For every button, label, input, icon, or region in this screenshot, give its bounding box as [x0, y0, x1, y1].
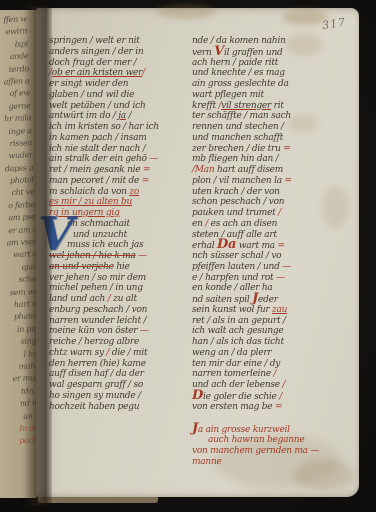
manuscript-line: glaben / und wil die [49, 90, 191, 101]
manuscript-line: schon peschach / von [192, 197, 352, 208]
manuscript-line: erhal Da wart ma = [192, 240, 352, 251]
manuscript-line: pauken und trumet / [192, 208, 352, 219]
manuscript-line: /ob er ain kristen wer/ [49, 68, 191, 79]
manuscript-line: sein kunst wol fur zau [192, 305, 352, 316]
manuscript-line: und knechte / es mag [192, 68, 352, 79]
manuscript-photo: ffen wewirnlspiandeterdoaffen aof ewgern… [0, 0, 376, 512]
folio-number: 317 [321, 13, 363, 32]
manuscript-line: wart pflegen mit [192, 90, 352, 101]
manuscript-line: ain gross geslechte da [192, 79, 352, 90]
manuscript-line: meine kün von öster — [49, 326, 191, 337]
manuscript-line: nd saiten spil Jeder [192, 294, 352, 305]
manuscript-line: ich im kristen so / har ich [49, 122, 191, 133]
manuscript-line: narren wunder leicht / [49, 316, 191, 327]
manuscript-line: und manchen schafft [192, 133, 352, 144]
manuscript-line: en / es ach an disen [192, 219, 352, 230]
stain [156, 5, 216, 19]
manuscript-line: man pecoret / mit de = [49, 176, 191, 187]
manuscript-line: han / als ich das ticht [192, 337, 352, 348]
manuscript-line: ich nie stalt der nach / [49, 144, 191, 155]
manuscript-line: den herren (hie) kame [49, 359, 191, 370]
manuscript-line: in kamen pach / insam [49, 133, 191, 144]
manuscript-line: steten / auff alle art [192, 230, 352, 241]
manuscript-line: er singt wider den [49, 79, 191, 90]
manuscript-line: nch süsser schal / vo [192, 251, 352, 262]
manuscript-line: m schlaich da von zo [49, 187, 191, 198]
manuscript-line: auff disen haf / da der [49, 369, 191, 380]
manuscript-line: /Man hart auff disem [192, 165, 352, 176]
illuminated-initial-blue: V [38, 211, 84, 263]
manuscript-line: welt petäben / und ich [49, 101, 191, 112]
manuscript-line: enburg peschach / von [49, 305, 191, 316]
manuscript-line: zer brechen / die tru = [192, 144, 352, 155]
manuscript-line: weng an / da plerr [192, 348, 352, 359]
facing-page-edge: ffen wewirnlspiandeterdoaffen aof ewgern… [0, 10, 38, 498]
manuscript-line: wal gesparn graff / so [49, 380, 191, 391]
manuscript-line: e / harpfen und rot — [192, 273, 352, 284]
manuscript-line: rennen und stechen / [192, 122, 352, 133]
manuscript-line: plon / vil manchen la = [192, 176, 352, 187]
manuscript-line: von ersten mag be = [192, 402, 352, 413]
manuscript-line: und ach der lebense / [192, 380, 352, 391]
manuscript-line: krefft /vil strenger rit [192, 101, 352, 112]
manuscript-line: uten krach / der von [192, 187, 352, 198]
manuscript-line: mb fliegen hin dan / [192, 154, 352, 165]
right-text-column: nde / da komen nahinvern Vil graffen und… [192, 36, 352, 467]
manuscript-line: vern Vil graffen und [192, 47, 352, 58]
manuscript-line: reiche / herzog albre [49, 337, 191, 348]
manuscript-line: ver jehen / so mir dem [49, 273, 191, 284]
manuscript-line: ich walt ach gesunge [192, 326, 352, 337]
manuscript-line: an und verjehe hie [49, 262, 191, 273]
manuscript-line: ten mir dar eine / dy [192, 359, 352, 370]
manuscript-line: ain stralk der ein gehö — [49, 154, 191, 165]
manuscript-line: chtz warn sy / die / mit [49, 348, 191, 359]
manuscript-line: ach hern / paide ritt [192, 58, 352, 69]
manuscript-line: doch fragt der mer / [49, 58, 191, 69]
manuscript-page: 317 V springen / welt er nitanders singe… [36, 8, 359, 497]
manuscript-line: hochzeit haben pegu [49, 402, 191, 413]
manuscript-line: pfeiffen lauten / und — [192, 262, 352, 273]
manuscript-line: Die goler die schie / [192, 391, 352, 402]
manuscript-line: ter schäffte / man sach [192, 111, 352, 122]
manuscript-line: ret / mein gesank nie = [49, 165, 191, 176]
manuscript-line: ret / als in an gepurt / [192, 316, 352, 327]
manuscript-line: ho singen sy munde / [49, 391, 191, 402]
manuscript-line: anders singen / der in [49, 47, 191, 58]
manuscript-line: springen / welt er nit [49, 36, 191, 47]
manuscript-line: Ja ain grosse kurzweil [192, 424, 352, 435]
manuscript-line: von manchem gernden ma — [192, 446, 352, 457]
manuscript-line: en konde / aller ha [192, 283, 352, 294]
manuscript-line: land und ach / zu alt [49, 294, 191, 305]
manuscript-line: auch hawran beganne [192, 435, 352, 446]
manuscript-line: michel pehen / in ung [49, 283, 191, 294]
manuscript-line: manne [192, 457, 352, 468]
manuscript-line: antwürt im do / ja / [49, 111, 191, 122]
manuscript-line: narren tomerleine / [192, 369, 352, 380]
